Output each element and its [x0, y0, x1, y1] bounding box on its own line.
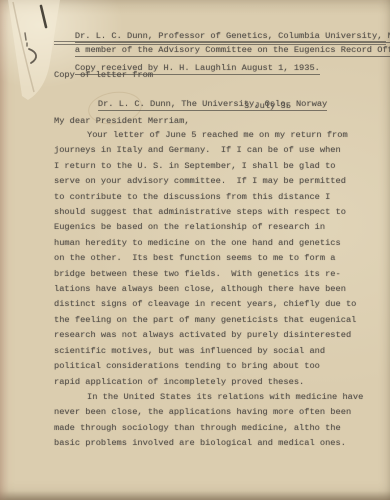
body-line: basic problems involved are biological a… — [54, 436, 374, 451]
body-line: In the United States its relations with … — [54, 390, 374, 405]
letter-body: Your letter of June 5 reached me on my r… — [54, 128, 374, 452]
body-line: lations have always been close, although… — [54, 282, 374, 297]
body-line: journeys in Italy and Germany. If I can … — [54, 143, 374, 158]
body-line: I return to the U. S. in September, I sh… — [54, 159, 374, 174]
body-line: research was not always activated by pur… — [54, 328, 374, 343]
body-line: rapid application of incompletely proved… — [54, 375, 374, 390]
body-line: political considerations tending to brin… — [54, 359, 374, 374]
body-line: should suggest that administrative steps… — [54, 205, 374, 220]
body-line: scientific motives, but was influenced b… — [54, 344, 374, 359]
body-line: Your letter of June 5 reached me on my r… — [54, 128, 374, 143]
body-line: made through sociology than through medi… — [54, 421, 374, 436]
scanned-letter-page: Dr. L. C. Dunn, Professor of Genetics, C… — [0, 0, 390, 500]
double-rule — [54, 41, 386, 45]
body-line: to contribute to the discussions from th… — [54, 190, 374, 205]
body-line: distinct signs of cleavage in recent yea… — [54, 297, 374, 312]
body-line: never been close, the applications havin… — [54, 405, 374, 420]
body-line: bridge between these two fields. With ge… — [54, 267, 374, 282]
sender-line-text: Dr. L. C. Dunn, The University, Oslo, No… — [98, 99, 327, 111]
body-line: the feeling on the part of many genetici… — [54, 313, 374, 328]
body-line: on the other. Its best function seems to… — [54, 251, 374, 266]
body-line: Eugenics be based on the relationship of… — [54, 220, 374, 235]
body-line: serve on your advisory committee. If I m… — [54, 174, 374, 189]
body-line: human heredity to medicine on the one ha… — [54, 236, 374, 251]
letter-date: 3 July 35 — [244, 99, 291, 114]
